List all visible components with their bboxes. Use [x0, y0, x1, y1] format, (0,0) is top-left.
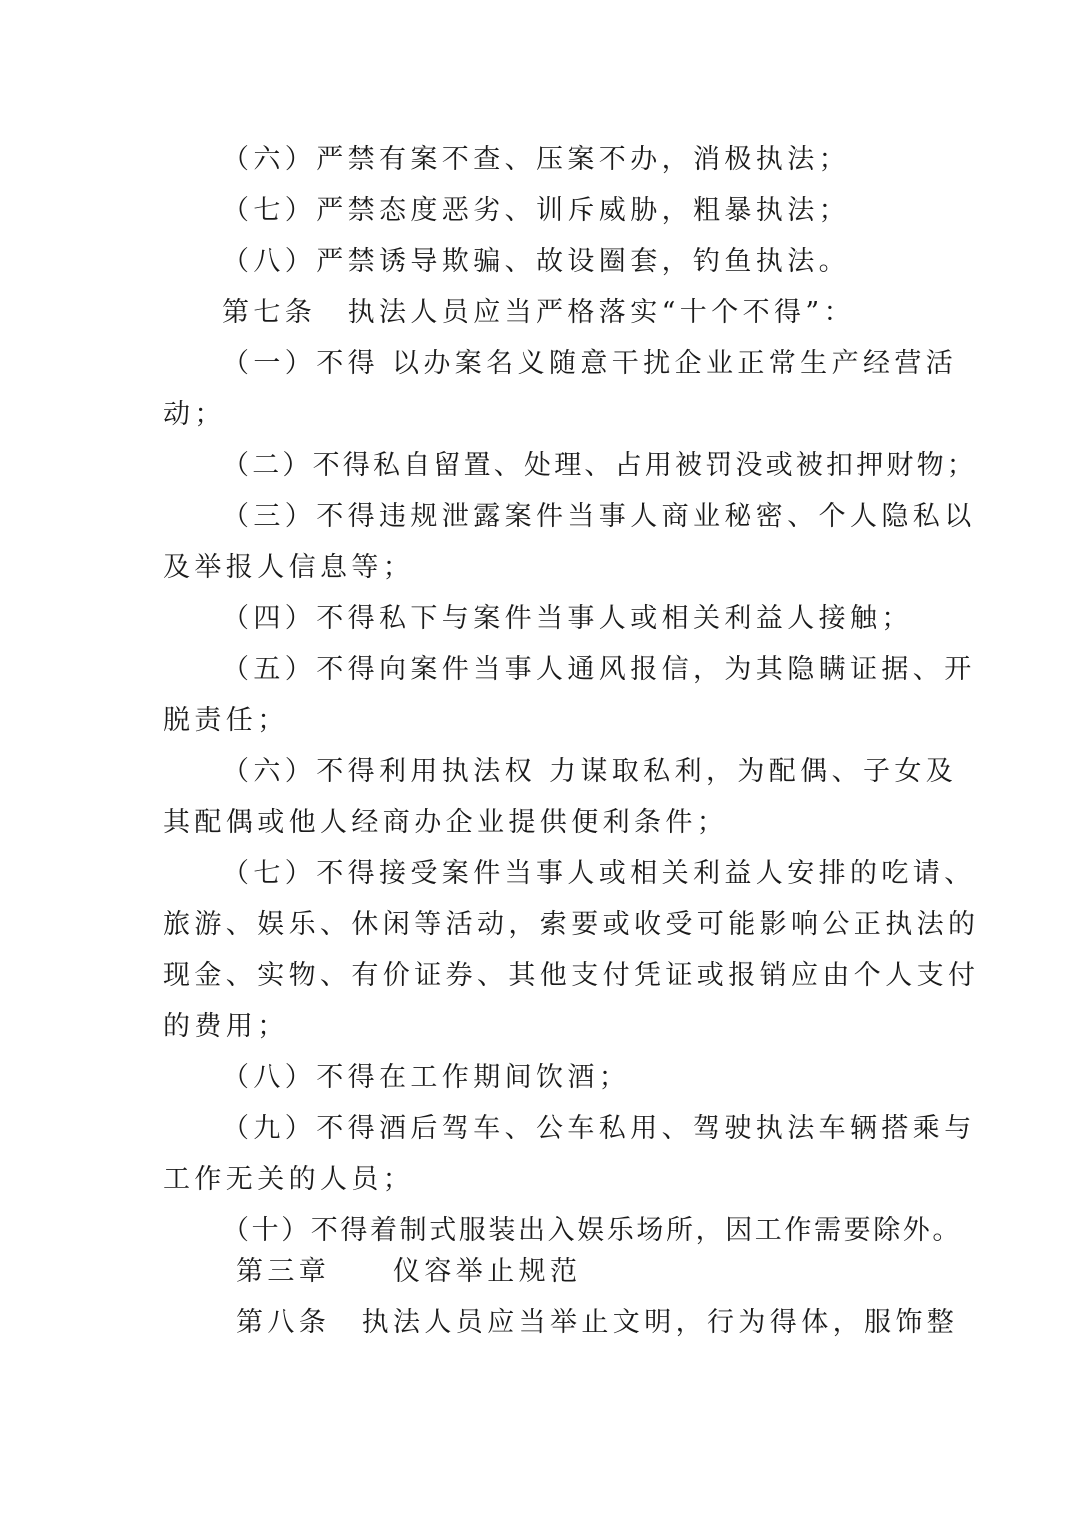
text-line: （六）不得利用执法权 力谋取私利，为配偶、子女及 [222, 755, 957, 789]
text-line: 工作无关的人员； [163, 1163, 414, 1197]
text-line: （七）严禁态度恶劣、训斥威胁，粗暴执法； [222, 194, 850, 228]
text-line: 旅游、娱乐、休闲等活动，索要或收受可能影响公正执法的 [163, 908, 979, 942]
text-line: （十）不得着制式服装出入娱乐场所，因工作需要除外。 [222, 1214, 962, 1248]
text-line: 的费用； [163, 1010, 289, 1044]
text-line: 脱责任； [163, 704, 289, 738]
chapter-heading: 第三章 仪容举止规范 [236, 1255, 581, 1289]
text-line: （二）不得私自留置、处理、占用被罚没或被扣押财物； [222, 449, 977, 483]
text-line: （五）不得向案件当事人通风报信，为其隐瞒证据、开 [222, 653, 976, 687]
text-line: （八）不得在工作期间饮酒； [222, 1061, 630, 1095]
text-line: （九）不得酒后驾车、公车私用、驾驶执法车辆搭乘与 [222, 1112, 976, 1146]
text-line: 现金、实物、有价证券、其他支付凭证或报销应由个人支付 [163, 959, 979, 993]
text-line: 动； [163, 398, 226, 432]
text-line: （八）严禁诱导欺骗、故设圈套，钓鱼执法。 [222, 245, 850, 279]
text-line: 其配偶或他人经商办企业提供便利条件； [163, 806, 728, 840]
text-line: 及举报人信息等； [163, 551, 414, 585]
article-heading: 第八条 执法人员应当举止文明，行为得体，服饰整 [236, 1306, 958, 1340]
text-line: （四）不得私下与案件当事人或相关利益人接触； [222, 602, 913, 636]
text-line: （三）不得违规泄露案件当事人商业秘密、个人隐私以 [222, 500, 976, 534]
text-line: （六）严禁有案不查、压案不办，消极执法； [222, 143, 850, 177]
text-line: （七）不得接受案件当事人或相关利益人安排的吃请、 [222, 857, 976, 891]
document-page: （六）严禁有案不查、压案不办，消极执法； （七）严禁态度恶劣、训斥威胁，粗暴执法… [0, 0, 1074, 1520]
text-line: （一）不得 以办案名义随意干扰企业正常生产经营活 [222, 347, 957, 381]
article-heading: 第七条 执法人员应当严格落实“十个不得”： [222, 296, 855, 330]
